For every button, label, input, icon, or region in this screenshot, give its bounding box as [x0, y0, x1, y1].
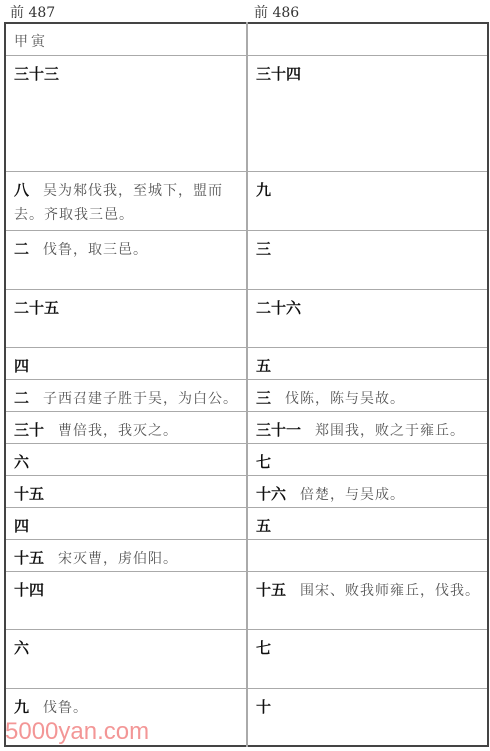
state-year-cell-left: 十五宋灭曹，虏伯阳。	[5, 539, 247, 571]
year-header-487: 前 487	[10, 2, 55, 22]
reign-year-number: 二十五	[14, 299, 59, 317]
reign-year-number: 四	[14, 517, 29, 535]
state-year-cell-right: 三十四	[247, 55, 488, 171]
table-row: 四五	[5, 507, 488, 539]
table-row: 十五十六倍楚，与吴成。	[5, 475, 488, 507]
state-year-cell-right: 九	[247, 171, 488, 230]
state-year-cell-right: 七	[247, 629, 488, 688]
reign-year-number: 六	[14, 639, 29, 657]
state-year-cell-right: 十五围宋、败我师雍丘，伐我。	[247, 571, 488, 629]
reign-year-number: 三十三	[14, 65, 59, 83]
state-year-cell-right: 五	[247, 507, 488, 539]
table-row: 六七	[5, 443, 488, 475]
state-year-cell-left: 十五	[5, 475, 247, 507]
state-year-cell-left: 三十曹倍我，我灭之。	[5, 411, 247, 443]
state-year-cell-left: 三十三	[5, 55, 247, 171]
ganzhi-cell-left: 甲寅	[5, 23, 247, 55]
state-year-cell-right: 十六倍楚，与吴成。	[247, 475, 488, 507]
reign-year-number: 五	[256, 357, 271, 375]
event-text: 围宋、败我师雍丘，伐我。	[300, 583, 480, 599]
state-year-cell-right: 七	[247, 443, 488, 475]
reign-year-number: 十五	[14, 485, 44, 503]
reign-year-number: 七	[256, 639, 271, 657]
state-year-cell-right	[247, 539, 488, 571]
state-year-cell-right: 三	[247, 230, 488, 289]
table-row: 二子西召建子胜于吴，为白公。三伐陈，陈与吴故。	[5, 379, 488, 411]
event-text: 宋灭曹，虏伯阳。	[58, 551, 178, 567]
table-row: 八吴为邾伐我，至城下，盟而去。齐取我三邑。九	[5, 171, 488, 230]
state-year-cell-right: 三十一郑围我，败之于雍丘。	[247, 411, 488, 443]
reign-year-number: 三十四	[256, 65, 301, 83]
table-row: 二十五二十六	[5, 289, 488, 347]
state-year-cell-left: 四	[5, 347, 247, 379]
watermark: 5000yan.com	[5, 718, 149, 746]
event-text: 伐鲁。	[43, 700, 88, 716]
event-text: 伐陈，陈与吴故。	[285, 391, 405, 407]
event-text: 倍楚，与吴成。	[300, 487, 405, 503]
state-year-cell-left: 二十五	[5, 289, 247, 347]
chronology-table: 甲寅 三十三三十四八吴为邾伐我，至城下，盟而去。齐取我三邑。九二伐鲁，取三邑。三…	[4, 22, 489, 747]
state-year-cell-left: 六	[5, 629, 247, 688]
state-year-cell-right: 五	[247, 347, 488, 379]
event-text: 伐鲁，取三邑。	[43, 242, 148, 258]
reign-year-number: 七	[256, 453, 271, 471]
table-row: 三十曹倍我，我灭之。三十一郑围我，败之于雍丘。	[5, 411, 488, 443]
event-text: 子西召建子胜于吴，为白公。	[43, 391, 238, 407]
reign-year-number: 二	[14, 240, 29, 258]
reign-year-number: 十	[256, 698, 271, 716]
table-row: 十四十五围宋、败我师雍丘，伐我。	[5, 571, 488, 629]
reign-year-number: 三	[256, 389, 271, 407]
ganzhi-cell-right	[247, 23, 488, 55]
reign-year-number: 六	[14, 453, 29, 471]
state-year-cell-left: 二子西召建子胜于吴，为白公。	[5, 379, 247, 411]
reign-year-number: 三十一	[256, 421, 301, 439]
reign-year-number: 三	[256, 240, 271, 258]
reign-year-number: 四	[14, 357, 29, 375]
event-text: 吴为邾伐我，至城下，盟而去。齐取我三邑。	[14, 183, 223, 223]
reign-year-number: 二十六	[256, 299, 301, 317]
reign-year-number: 五	[256, 517, 271, 535]
state-year-cell-left: 十四	[5, 571, 247, 629]
state-year-cell-right: 三伐陈，陈与吴故。	[247, 379, 488, 411]
event-text: 曹倍我，我灭之。	[58, 423, 178, 439]
table-row: 四五	[5, 347, 488, 379]
state-year-cell-left: 二伐鲁，取三邑。	[5, 230, 247, 289]
ganzhi-row: 甲寅	[5, 23, 488, 55]
table-row: 六七	[5, 629, 488, 688]
reign-year-number: 十五	[14, 549, 44, 567]
reign-year-number: 十五	[256, 581, 286, 599]
event-text: 郑围我，败之于雍丘。	[315, 423, 465, 439]
state-year-cell-left: 四	[5, 507, 247, 539]
table-row: 十五宋灭曹，虏伯阳。	[5, 539, 488, 571]
state-year-cell-right: 十	[247, 688, 488, 746]
table-row: 三十三三十四	[5, 55, 488, 171]
reign-year-number: 八	[14, 181, 29, 199]
table-row: 二伐鲁，取三邑。三	[5, 230, 488, 289]
reign-year-number: 二	[14, 389, 29, 407]
year-header-486: 前 486	[254, 2, 299, 22]
state-year-cell-right: 二十六	[247, 289, 488, 347]
reign-year-number: 九	[14, 698, 29, 716]
state-year-cell-left: 六	[5, 443, 247, 475]
reign-year-number: 三十	[14, 421, 44, 439]
reign-year-number: 十四	[14, 581, 44, 599]
state-year-cell-left: 八吴为邾伐我，至城下，盟而去。齐取我三邑。	[5, 171, 247, 230]
reign-year-number: 十六	[256, 485, 286, 503]
reign-year-number: 九	[256, 181, 271, 199]
